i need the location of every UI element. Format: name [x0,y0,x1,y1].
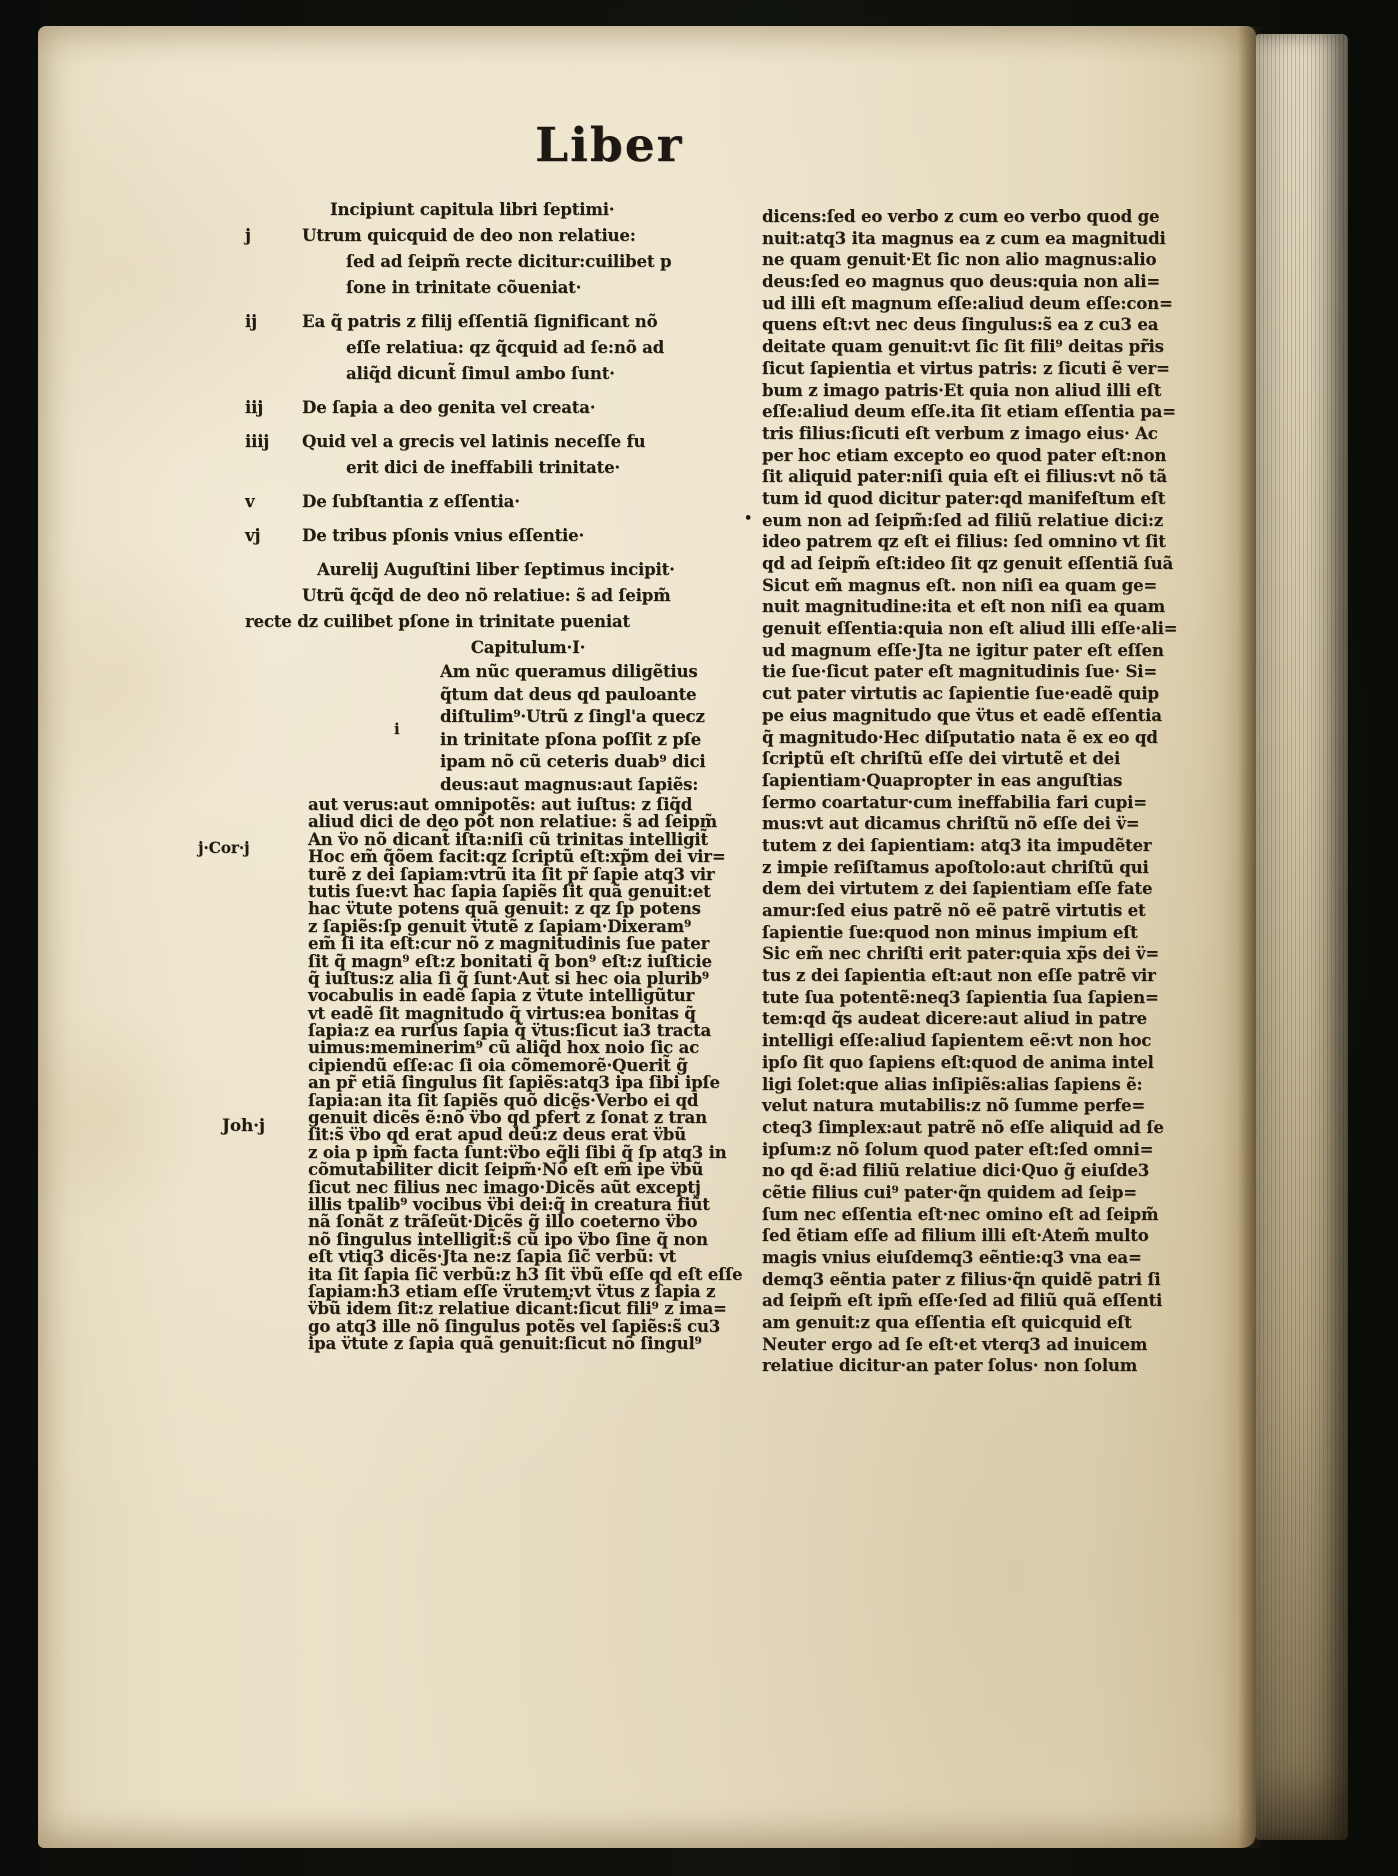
text-line: z impie reſiſtamus apoſtolo:aut chriſtũ … [762,857,1198,879]
capitulum-number: vj [198,522,302,548]
text-line: eum non ad ſeipm̃:ſed ad filiũ relatiue … [762,510,1198,532]
text-line: tute ſua potentẽ:neq3 ſapientia ſua ſapi… [762,987,1198,1009]
capitulum-number: iij [198,394,302,420]
text-line: mus:vt aut dicamus chriſtũ nõ eſſe dei v… [762,813,1198,835]
text-line: ud magnum eſſe·Jta ne igitur pater eſt e… [762,640,1198,662]
text-line: ſum nec eſſentia eſt·nec omino eſt ad ſe… [762,1204,1198,1226]
capitulum-number: v [198,488,302,514]
column-right-body: dicens:ſed eo verbo z cum eo verbo quod … [762,206,1198,1377]
text-line: cõmutabiliter dicit ſeipm̃·Nõ eſt em̃ ip… [308,1161,802,1178]
margin-citation-corinthians: j·Cor·j [198,838,249,857]
text-line: q̃ magnitudo·Hec diſputatio nata ẽ ex eo… [762,727,1198,749]
text-line: em̃ ſi ita eſt:cur nõ z magnitudinis ſue… [308,935,802,952]
capitulum-text: De tribus pſonis vnius eſſentie· [302,522,584,548]
text-line: Sicut em̃ magnus eſt. non niſi ea quam g… [762,575,1198,597]
text-line: eſt vtiq3 dicẽs·Jta ne:z ſapia ſic̃ verb… [308,1248,802,1265]
page-edge-strip [1256,34,1348,1840]
text-line: ad ſeipm̃ eſt ipm̃ eſſe·ſed ad filiũ quã… [762,1290,1198,1312]
text-line: bum z imago patris·Et quia non aliud ill… [762,380,1198,402]
book-scan-photo: Liber Incipiunt capitula libri ſeptimi· … [0,0,1398,1876]
text-line: velut natura mutabilis:z nõ ſumme perfe= [762,1095,1198,1117]
capitulum-row: vj De tribus pſonis vnius eſſentie· [198,522,802,548]
text-line: ſcriptũ eſt chriſtũ eſſe dei virtutẽ et … [762,748,1198,770]
text-line: ideo patrem qz eſt ei filius: ſed omnino… [762,531,1198,553]
text-line: amur:ſed eius patrẽ nõ eẽ patrẽ virtutis… [762,900,1198,922]
column-right: • dicens:ſed eo verbo z cum eo verbo quo… [762,206,1198,1377]
text-line: ipa v̈tute z ſapia quã genuit:ſicut nõ ſ… [308,1335,802,1352]
text-line: ſed ẽtiam eſſe ad filium illi eſt·Atem̃ … [762,1225,1198,1247]
capitulum-text: De ſubſtantia z eſſentia· [302,488,520,514]
paragraph-bullet: • [744,508,752,530]
capitulum-row: j Utrum quicquid de deo non relatiue: ſe… [198,222,802,300]
capitulum-row: v De ſubſtantia z eſſentia· [198,488,802,514]
text-line: cut pater virtutis ac ſapientie ſue·eadẽ… [762,683,1198,705]
page-header-title: Liber [535,118,683,173]
capitulum-number: ij [198,308,302,386]
column-left-body: aut verus:aut omnipotẽs: aut iuſtus: z ſ… [308,796,802,1353]
chapter-argument: Utrũ q̃cq̃d de deo nõ relatiue: s̃ ad ſe… [245,582,802,634]
text-line: tris filius:ſicuti eſt verbum z imago ei… [762,423,1198,445]
text-line: Sic em̃ nec chriſti erit pater:quia xp̃s… [762,943,1198,965]
text-line: demq3 eẽntia pater z filius·q̃n quidẽ pa… [762,1269,1198,1291]
text-line: cẽtie filius cui⁹ pater·q̃n quidem ad ſe… [762,1182,1198,1204]
chapter-opening-lines: Am nũc queramus diligẽtius q̃tum dat deu… [440,660,802,796]
text-line: ſicut ſapientia et virtus patris: z ſicu… [762,358,1198,380]
text-line: genuit eſſentia:quia non eſt aliud illi … [762,618,1198,640]
initial-guide-letter: i [394,720,400,738]
text-line: no qd ẽ:ad filiũ relatiue dici·Quo g̃ ei… [762,1160,1198,1182]
text-line: magis vnius eiuſdemq3 eẽntie:q3 vna ea= [762,1247,1198,1269]
text-line: Neuter ergo ad ſe eſt·et vterq3 ad inuic… [762,1334,1198,1356]
text-line: cteq3 ſimplex:aut patrẽ nõ eſſe aliquid … [762,1117,1198,1139]
text-line: intelligi eſſe:aliud ſapientem eẽ:vt non… [762,1030,1198,1052]
text-line: deitate quam genuit:vt ſic ſit fili⁹ dei… [762,336,1198,358]
text-line: am genuit:z qua eſſentia eſt quicquid eſ… [762,1312,1198,1334]
text-line: dem dei virtutem z dei ſapientiam eſſe f… [762,878,1198,900]
text-line: ſermo coartatur·cum ineffabilia fari cup… [762,792,1198,814]
chapter-heading: Capitulum·I· [302,634,754,660]
text-line: relatiue dicitur·an pater ſolus· non ſol… [762,1355,1198,1377]
text-line: eſſe:aliud deum eſſe.ita ſit etiam eſſen… [762,401,1198,423]
text-line: ud illi eſt magnum eſſe:aliud deum eſſe:… [762,293,1198,315]
capitulum-row: iiij Quid vel a grecis vel latinis neceſ… [198,428,802,480]
text-line: per hoc etiam excepto eo quod pater eſt:… [762,445,1198,467]
text-line: tum id quod dicitur pater:qd manifeſtum … [762,488,1198,510]
text-line: ſit aliquid pater:niſi quia eſt ei filiu… [762,466,1198,488]
text-line: ipſo ſit quo ſapiens eſt:quod de anima i… [762,1052,1198,1074]
text-line: quens eſt:vt nec deus ſingulus:s̃ ea z c… [762,314,1198,336]
book-incipit: Aurelij Auguſtini liber ſeptimus incipit… [317,556,802,582]
text-line: ligi ſolet:que alias inſipiẽs:alias ſapi… [762,1074,1198,1096]
text-line: tem:qd q̃s audeat dicere:aut aliud in pa… [762,1008,1198,1030]
column-left: Incipiunt capitula libri ſeptimi· j Utru… [198,196,802,1353]
text-line: nuit magnitudine:ita et eſt non niſi ea … [762,596,1198,618]
text-line: ne quam genuit·Et ſic non alio magnus:al… [762,249,1198,271]
capitulum-row: iij De ſapia a deo genita vel creata· [198,394,802,420]
text-line: Hoc em̃ q̃õem facit:qz ſcriptũ eſt:xp̃m … [308,848,802,865]
capitulum-number: iiij [198,428,302,480]
margin-citation-john: Joh·j [222,1116,265,1136]
capitulum-number: j [198,222,302,300]
book-page: Liber Incipiunt capitula libri ſeptimi· … [38,26,1256,1848]
capitulum-row: ij Ea q̃ patris z filij eſſentiã ſignifi… [198,308,802,386]
text-line: deus:ſed eo magnus quo deus:quia non ali… [762,271,1198,293]
text-line: ſapientiam·Quapropter in eas anguſtias [762,770,1198,792]
text-line: tus z dei ſapientia eſt:aut non eſſe pat… [762,965,1198,987]
text-line: nuit:atq3 ita magnus ea z cum ea magnitu… [762,228,1198,250]
text-line: dicens:ſed eo verbo z cum eo verbo quod … [762,206,1198,228]
capitulum-text: Quid vel a grecis vel latinis neceſſe fu… [302,428,645,480]
capitulum-text: Utrum quicquid de deo non relatiue: ſed … [302,222,671,300]
text-line: ipſum:z nõ ſolum quod pater eſt:ſed omni… [762,1139,1198,1161]
capitulum-text: Ea q̃ patris z filij eſſentiã ſignifican… [302,308,664,386]
text-line: tie ſue·ſicut pater eſt magnitudinis ſue… [762,661,1198,683]
capitula-list: j Utrum quicquid de deo non relatiue: ſe… [198,222,802,548]
capitula-heading: Incipiunt capitula libri ſeptimi· [330,196,802,222]
text-line: ſapientie ſue:quod non minus impium eſt [762,922,1198,944]
text-line: qd ad ſeipm̃ eſt:ideo ſit qz genuit eſſe… [762,553,1198,575]
text-line: tutem z dei ſapientiam: atq3 ita impudẽt… [762,835,1198,857]
text-line: pe eius magnitudo que v̈tus et eadẽ eſſe… [762,705,1198,727]
capitulum-text: De ſapia a deo genita vel creata· [302,394,595,420]
